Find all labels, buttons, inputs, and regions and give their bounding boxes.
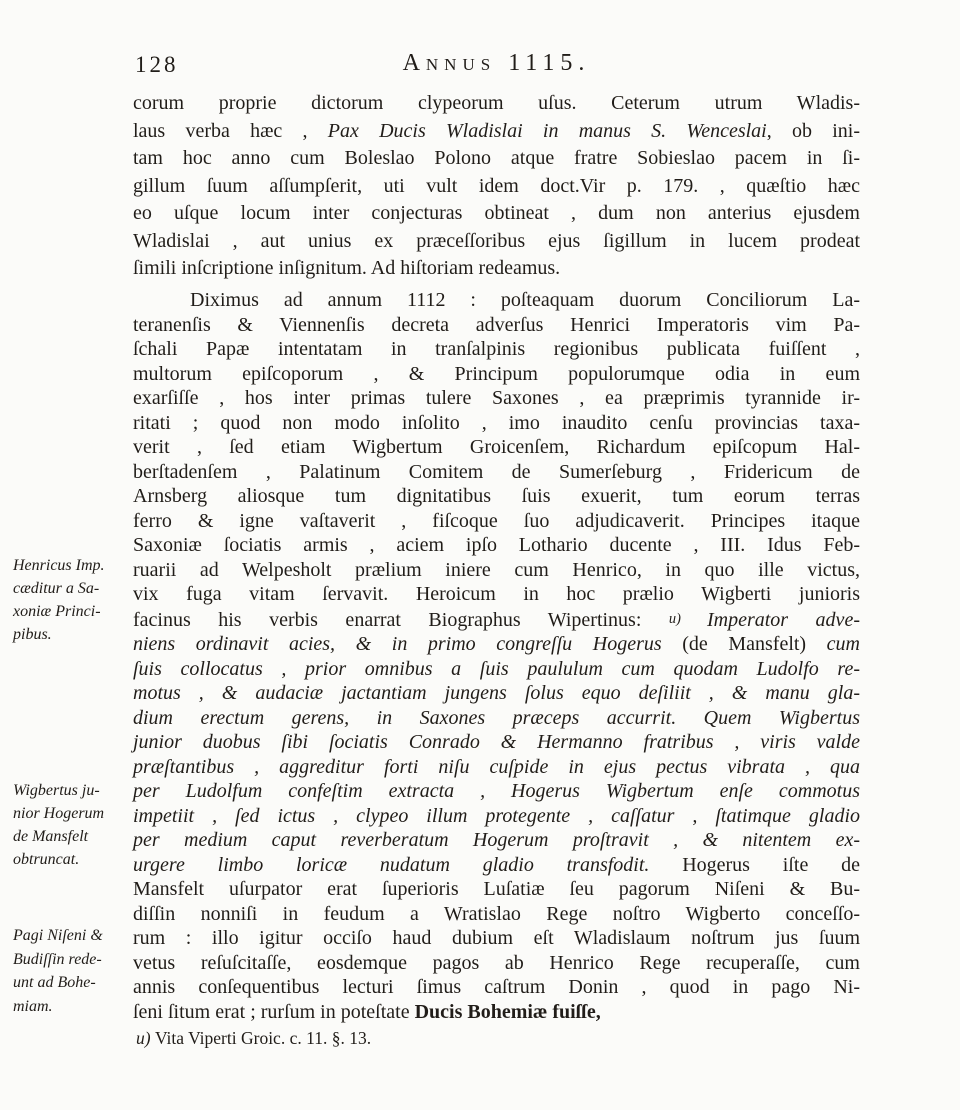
- text-segment: obtruncat.: [13, 851, 79, 868]
- text-segment: Hogerus iſte de: [649, 854, 860, 876]
- text-segment: , ob ini-: [767, 120, 860, 142]
- text-line: niens ordinavit acies, & in primo congre…: [133, 632, 860, 657]
- text-segment: Pax Ducis Wladislai in manus S. Wencesla…: [328, 120, 767, 142]
- text-segment: gillum ſuum aſſumpſerit, uti vult idem d…: [133, 175, 860, 197]
- text-segment: facinus his verbis enarrat Biographus Wi…: [133, 609, 669, 631]
- text-line: vetus reſuſcitaſſe, eosdemque pagos ab H…: [133, 951, 860, 976]
- text-segment: niens ordinavit acies, & in primo congre…: [133, 633, 682, 655]
- text-segment: miam.: [13, 998, 53, 1015]
- text-segment: laus verba hæc ,: [133, 120, 328, 142]
- text-line: motus , & audaciæ jactantiam jungens ſol…: [133, 681, 860, 706]
- text-segment: u): [136, 1028, 155, 1048]
- text-line: ſuis collocatus , prior omnibus a ſuis p…: [133, 657, 860, 682]
- text-segment: motus , & audaciæ jactantiam jungens ſol…: [133, 682, 860, 704]
- text-line: diſſin nonniſi in feudum a Wratislao Reg…: [133, 902, 860, 927]
- paragraph-clypeorum: corum proprie dictorum clypeorum uſus. C…: [133, 90, 860, 283]
- text-segment: diſſin nonniſi in feudum a Wratislao Reg…: [133, 903, 860, 925]
- text-segment: Mansfelt uſurpator erat ſuperioris Luſat…: [133, 878, 860, 900]
- text-segment: vix fuga vitam ſervavit. Heroicum in hoc…: [133, 583, 860, 605]
- text-line: vix fuga vitam ſervavit. Heroicum in hoc…: [133, 582, 860, 607]
- text-segment: annis conſequentibus lecturi ſimus caſtr…: [133, 976, 860, 998]
- text-segment: de Mansfelt: [13, 828, 88, 845]
- text-segment: Arnsberg aliosque tum dignitatibus ſuis …: [133, 485, 860, 507]
- text-segment: ſimili inſcriptione inſignitum. Ad hiſto…: [133, 257, 560, 279]
- text-line: rum : illo igitur occiſo haud dubium eſt…: [133, 926, 860, 951]
- text-line: ſeni ſitum erat ; rurſum in poteſtate Du…: [133, 1000, 860, 1025]
- text-line: junior duobus ſibi ſociatis Conrado & He…: [133, 730, 860, 755]
- text-segment: xoniæ Princi-: [13, 603, 101, 620]
- text-line: cæditur a Sa-: [13, 577, 131, 600]
- text-segment: nior Hogerum: [13, 805, 104, 822]
- text-line: annis conſequentibus lecturi ſimus caſtr…: [133, 975, 860, 1000]
- text-line: miam.: [13, 995, 131, 1019]
- text-line: Wigbertus ju-: [13, 779, 131, 802]
- text-line: ritati ; quod non modo inſolito , imo in…: [133, 411, 860, 436]
- text-segment: multorum epiſcoporum , & Principum popul…: [133, 363, 860, 385]
- text-segment: vetus reſuſcitaſſe, eosdemque pagos ab H…: [133, 952, 860, 974]
- text-segment: (de Mansfelt): [682, 633, 826, 655]
- text-line: ruarii ad Welpesholt prælium iniere cum …: [133, 558, 860, 583]
- text-segment: ſchali Papæ intentatam in tranſalpinis r…: [133, 338, 860, 360]
- text-segment: ruarii ad Welpesholt prælium iniere cum …: [133, 559, 860, 581]
- text-line: præſtantibus , aggreditur forti niſu cuſ…: [133, 755, 860, 780]
- text-segment: urgere limbo loricæ nudatum gladio trans…: [133, 854, 649, 876]
- text-line: Wladislai , aut unius ex præceſſoribus e…: [133, 228, 860, 256]
- text-segment: Budiſſin rede-: [13, 951, 102, 968]
- text-line: pibus.: [13, 623, 131, 646]
- text-line: per Ludolfum confeſtim extracta , Hogeru…: [133, 779, 860, 804]
- text-segment: u): [669, 611, 707, 627]
- text-segment: per medium caput reverberatum Hogerum pr…: [133, 829, 860, 851]
- text-line: teranenſis & Viennenſis decreta adverſus…: [133, 313, 860, 338]
- text-line: de Mansfelt: [13, 825, 131, 848]
- text-line: facinus his verbis enarrat Biographus Wi…: [133, 607, 860, 633]
- margin-note-pagi-redeunt: Pagi Niſeni &Budiſſin rede-unt ad Bohe-m…: [13, 924, 131, 1018]
- text-segment: teranenſis & Viennenſis decreta adverſus…: [133, 314, 860, 336]
- text-segment: Wigbertus ju-: [13, 782, 100, 799]
- text-line: xoniæ Princi-: [13, 600, 131, 623]
- text-line: verit , ſed etiam Wigbertum Groicenſem, …: [133, 435, 860, 460]
- text-line: Saxoniæ ſociatis armis , aciem ipſo Loth…: [133, 533, 860, 558]
- text-segment: cum: [827, 633, 860, 655]
- text-segment: unt ad Bohe-: [13, 974, 96, 991]
- text-segment: præſtantibus , aggreditur forti niſu cuſ…: [133, 756, 860, 778]
- text-line: ferro & igne vaſtaverit , fiſcoque ſuo a…: [133, 509, 860, 534]
- text-line: dium erectum gerens, in Saxones præceps …: [133, 706, 860, 731]
- text-line: Mansfelt uſurpator erat ſuperioris Luſat…: [133, 877, 860, 902]
- text-segment: eo uſque locum inter conjecturas obtinea…: [133, 202, 860, 224]
- text-line: unt ad Bohe-: [13, 971, 131, 995]
- text-segment: corum proprie dictorum clypeorum uſus. C…: [133, 92, 860, 114]
- text-segment: per Ludolfum confeſtim extracta , Hogeru…: [133, 780, 860, 802]
- text-segment: verit , ſed etiam Wigbertum Groicenſem, …: [133, 436, 860, 458]
- text-line: gillum ſuum aſſumpſerit, uti vult idem d…: [133, 173, 860, 201]
- text-line: exarſiſſe , hos inter primas tulere Saxo…: [133, 386, 860, 411]
- text-segment: Imperator adve-: [707, 609, 860, 631]
- text-line: Pagi Niſeni &: [13, 924, 131, 948]
- text-line: ſimili inſcriptione inſignitum. Ad hiſto…: [133, 255, 860, 283]
- text-line: per medium caput reverberatum Hogerum pr…: [133, 828, 860, 853]
- text-segment: ſuis collocatus , prior omnibus a ſuis p…: [133, 658, 860, 680]
- text-line: corum proprie dictorum clypeorum uſus. C…: [133, 90, 860, 118]
- page-header: 128 Annus 1115.: [133, 48, 860, 82]
- margin-note-henricus-caeditur: Henricus Imp.cæditur a Sa-xoniæ Princi-p…: [13, 554, 131, 646]
- text-segment: ferro & igne vaſtaverit , fiſcoque ſuo a…: [133, 510, 860, 532]
- text-segment: berſtadenſem , Palatinum Comitem de Sume…: [133, 461, 860, 483]
- running-title: Annus 1115.: [133, 50, 860, 77]
- text-segment: dium erectum gerens, in Saxones præceps …: [133, 707, 860, 729]
- text-segment: impetiit , ſed ictus , clypeo illum prot…: [133, 805, 860, 827]
- text-line: Arnsberg aliosque tum dignitatibus ſuis …: [133, 484, 860, 509]
- text-segment: cæditur a Sa-: [13, 580, 99, 597]
- text-line: urgere limbo loricæ nudatum gladio trans…: [133, 853, 860, 878]
- text-line: Henricus Imp.: [13, 554, 131, 577]
- text-line: ſchali Papæ intentatam in tranſalpinis r…: [133, 337, 860, 362]
- text-line: nior Hogerum: [13, 802, 131, 825]
- text-line: multorum epiſcoporum , & Principum popul…: [133, 362, 860, 387]
- text-line: eo uſque locum inter conjecturas obtinea…: [133, 200, 860, 228]
- text-segment: junior duobus ſibi ſociatis Conrado & He…: [133, 731, 860, 753]
- text-line: obtruncat.: [13, 848, 131, 871]
- text-segment: Saxoniæ ſociatis armis , aciem ipſo Loth…: [133, 534, 860, 556]
- text-segment: Vita Viperti Groic. c. 11. §. 13.: [155, 1028, 371, 1048]
- text-line: berſtadenſem , Palatinum Comitem de Sume…: [133, 460, 860, 485]
- text-segment: rum : illo igitur occiſo haud dubium eſt…: [133, 927, 860, 949]
- book-page: 128 Annus 1115. Henricus Imp.cæditur a S…: [0, 0, 960, 1110]
- text-line: laus verba hæc , Pax Ducis Wladislai in …: [133, 118, 860, 146]
- text-line: tam hoc anno cum Boleslao Polono atque f…: [133, 145, 860, 173]
- paragraph-diximus: Diximus ad annum 1112 : poſteaquam duoru…: [133, 288, 860, 1024]
- text-segment: exarſiſſe , hos inter primas tulere Saxo…: [133, 387, 860, 409]
- text-segment: Pagi Niſeni &: [13, 927, 103, 944]
- text-segment: Diximus ad annum 1112 : poſteaquam duoru…: [190, 289, 860, 311]
- text-segment: Wladislai , aut unius ex præceſſoribus e…: [133, 230, 860, 252]
- text-segment: Henricus Imp.: [13, 557, 105, 574]
- text-line: impetiit , ſed ictus , clypeo illum prot…: [133, 804, 860, 829]
- margin-note-wigbertus-obtruncat: Wigbertus ju-nior Hogerumde Mansfeltobtr…: [13, 779, 131, 871]
- text-line: u) Vita Viperti Groic. c. 11. §. 13.: [136, 1028, 856, 1049]
- text-line: Diximus ad annum 1112 : poſteaquam duoru…: [133, 288, 860, 313]
- text-segment: ſeni ſitum erat ; rurſum in poteſtate: [133, 1001, 415, 1023]
- text-segment: tam hoc anno cum Boleslao Polono atque f…: [133, 147, 860, 169]
- text-segment: ritati ; quod non modo inſolito , imo in…: [133, 412, 860, 434]
- text-segment: pibus.: [13, 626, 52, 643]
- text-segment: Ducis Bohemiæ fuiſſe,: [415, 1001, 601, 1023]
- footnote-citation: u) Vita Viperti Groic. c. 11. §. 13.: [136, 1028, 856, 1049]
- text-line: Budiſſin rede-: [13, 948, 131, 972]
